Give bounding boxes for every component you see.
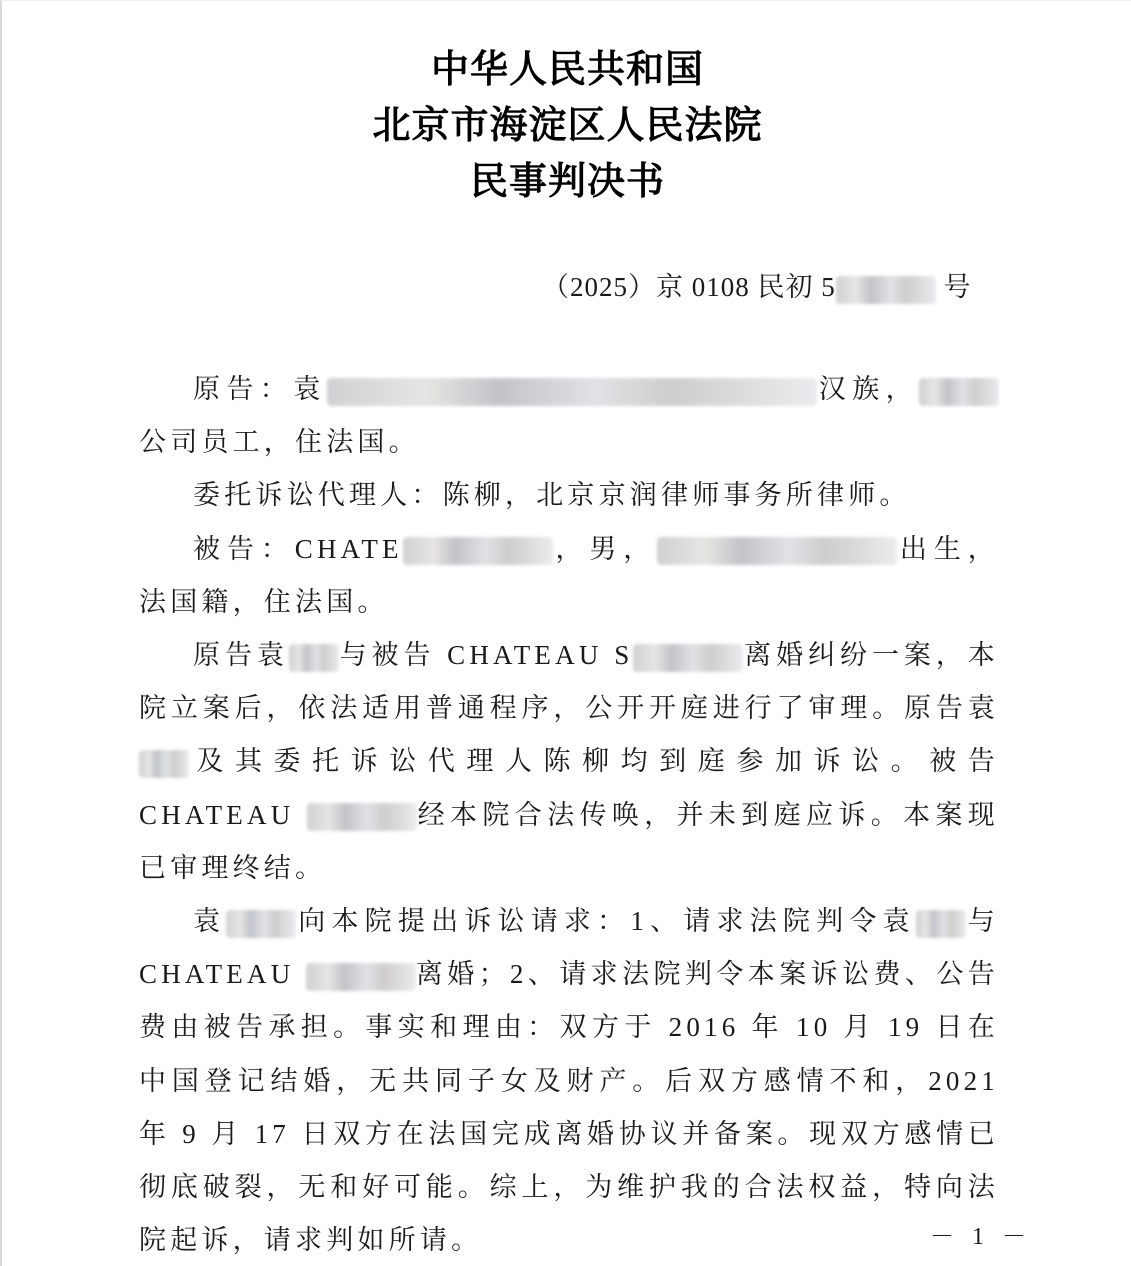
case-intro-text: 原告袁: [193, 640, 289, 670]
paragraph-agent: 委托诉讼代理人：陈柳，北京京润律师事务所律师。: [139, 469, 999, 522]
redacted-defendant-birthdate: [657, 537, 897, 565]
redacted-plaintiff-name: [139, 750, 189, 778]
paragraph-case-intro: 原告袁与被告 CHATEAU S离婚纠纷一案，本院立案后，依法适用普通程序，公开…: [139, 629, 999, 895]
paragraph-plaintiff: 原告：袁汉族，公司员工，住法国。: [139, 363, 999, 469]
paragraph-claims: 袁向本院提出诉讼请求：1、请求法院判令袁与 CHATEAU 离婚；2、请求法院判…: [139, 895, 999, 1266]
redacted-plaintiff-name: [226, 910, 296, 938]
claims-text: 袁: [193, 906, 226, 936]
redacted-defendant-name: [306, 963, 416, 991]
case-number-suffix: 号: [936, 272, 972, 302]
document-title: 中华人民共和国 北京市海淀区人民法院 民事判决书: [2, 41, 1131, 209]
claims-text: 向本院提出诉讼请求：1、请求法院判令袁: [296, 906, 916, 936]
page-number: － 1 －: [930, 1216, 1032, 1251]
plaintiff-ethnicity: 汉族，: [817, 374, 919, 404]
document-page: 中华人民共和国 北京市海淀区人民法院 民事判决书 （2025）京 0108 民初…: [0, 0, 1131, 1266]
title-doc-type: 民事判决书: [2, 153, 1131, 209]
title-country: 中华人民共和国: [2, 41, 1131, 97]
defendant-gender: ，男，: [553, 534, 657, 564]
redacted-plaintiff-employer: [919, 378, 999, 406]
redacted-defendant-name: [307, 803, 417, 831]
redacted-defendant-name: [403, 537, 553, 565]
claims-text: 离婚；2、请求法院判令本案诉讼费、公告费由被告承担。事实和理由：双方于 2016…: [139, 959, 999, 1255]
document-body: 原告：袁汉族，公司员工，住法国。 委托诉讼代理人：陈柳，北京京润律师事务所律师。…: [139, 363, 999, 1266]
case-intro-text: 与被告 CHATEAU S: [339, 640, 634, 670]
paragraph-defendant: 被告：CHATE，男，出生，法国籍，住法国。: [139, 523, 999, 629]
redacted-plaintiff-name: [916, 910, 966, 938]
case-number: （2025）京 0108 民初 5 号: [542, 265, 972, 304]
plaintiff-occupation: 公司员工，住法国。: [139, 427, 420, 457]
redacted-plaintiff-name: [289, 644, 339, 672]
defendant-label: 被告：CHATE: [193, 534, 403, 564]
plaintiff-label: 原告：袁: [193, 374, 327, 404]
redacted-plaintiff-info: [327, 378, 817, 406]
case-number-prefix: （2025）京 0108 民初 5: [542, 272, 836, 302]
redacted-defendant-name: [633, 644, 743, 672]
redacted-case-digits: [836, 276, 936, 304]
title-court: 北京市海淀区人民法院: [2, 97, 1131, 153]
